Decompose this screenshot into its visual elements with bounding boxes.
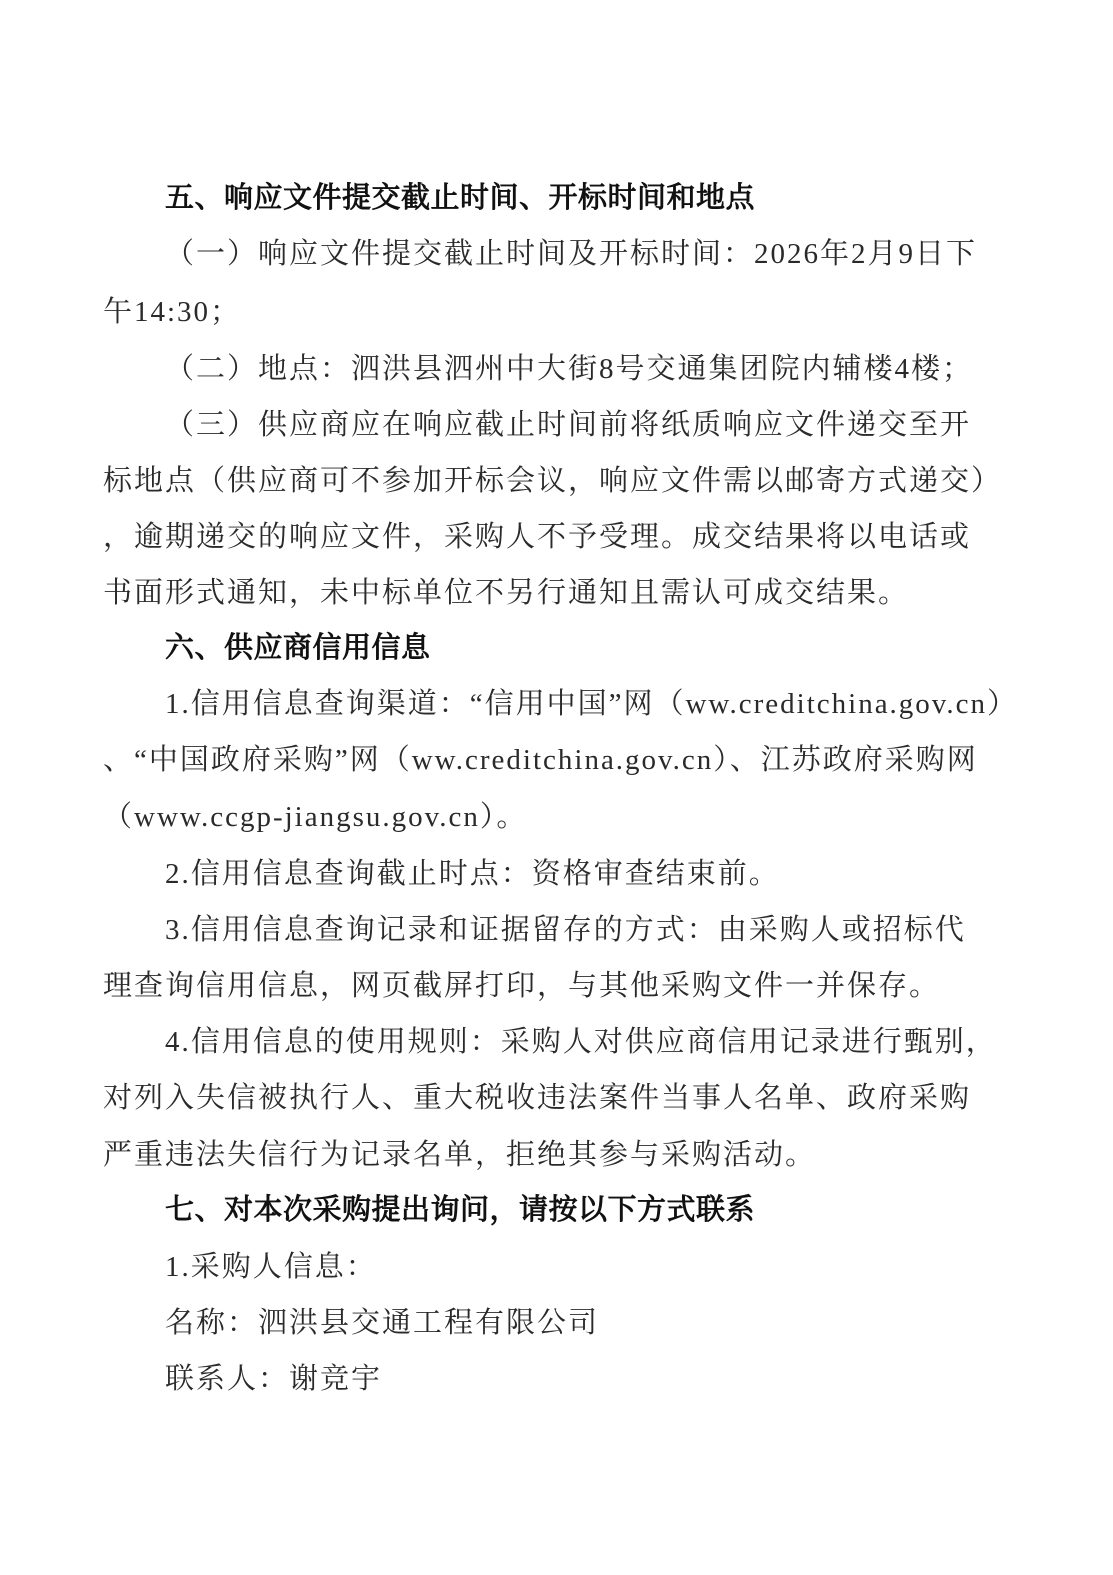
paragraph-line: ，逾期递交的响应文件，采购人不予受理。成交结果将以电话或 bbox=[103, 519, 971, 555]
paragraph-line: 4.信用信息的使用规则：采购人对供应商信用记录进行甄别， bbox=[165, 1024, 997, 1060]
paragraph-line: 理查询信用信息，网页截屏打印，与其他采购文件一并保存。 bbox=[103, 968, 940, 1004]
section-heading-six: 六、供应商信用信息 bbox=[165, 630, 431, 666]
section-heading-five: 五、响应文件提交截止时间、开标时间和地点 bbox=[165, 180, 755, 216]
paragraph-line: 对列入失信被执行人、重大税收违法案件当事人名单、政府采购 bbox=[103, 1080, 971, 1116]
purchaser-name: 名称：泗洪县交通工程有限公司 bbox=[165, 1305, 599, 1341]
paragraph-line: 1.信用信息查询渠道：“信用中国”网（ww.creditchina.gov.cn… bbox=[165, 686, 1018, 722]
paragraph-line: （二）地点：泗洪县泗州中大街8号交通集团院内辅楼4楼； bbox=[165, 351, 973, 387]
paragraph-line: 严重违法失信行为记录名单，拒绝其参与采购活动。 bbox=[103, 1137, 816, 1173]
paragraph-line: （三）供应商应在响应截止时间前将纸质响应文件递交至开 bbox=[165, 407, 971, 443]
paragraph-line: 标地点（供应商可不参加开标会议，响应文件需以邮寄方式递交） bbox=[103, 463, 1002, 499]
paragraph-line: 1.采购人信息： bbox=[165, 1249, 377, 1285]
section-heading-seven: 七、对本次采购提出询问，请按以下方式联系 bbox=[165, 1192, 755, 1228]
paragraph-line: （一）响应文件提交截止时间及开标时间：2026年2月9日下 bbox=[165, 236, 977, 272]
paragraph-line: 2.信用信息查询截止时点：资格审查结束前。 bbox=[165, 856, 780, 892]
paragraph-line: 午14:30； bbox=[103, 294, 241, 330]
purchaser-contact: 联系人：谢竞宇 bbox=[165, 1361, 382, 1397]
paragraph-line: 、“中国政府采购”网（ww.creditchina.gov.cn）、江苏政府采购… bbox=[103, 742, 978, 778]
document-page: 五、响应文件提交截止时间、开标时间和地点 （一）响应文件提交截止时间及开标时间：… bbox=[0, 0, 1113, 1575]
paragraph-line: （www.ccgp-jiangsu.gov.cn）。 bbox=[103, 799, 527, 835]
paragraph-line: 3.信用信息查询记录和证据留存的方式：由采购人或招标代 bbox=[165, 912, 966, 948]
paragraph-line: 书面形式通知，未中标单位不另行通知且需认可成交结果。 bbox=[103, 575, 909, 611]
